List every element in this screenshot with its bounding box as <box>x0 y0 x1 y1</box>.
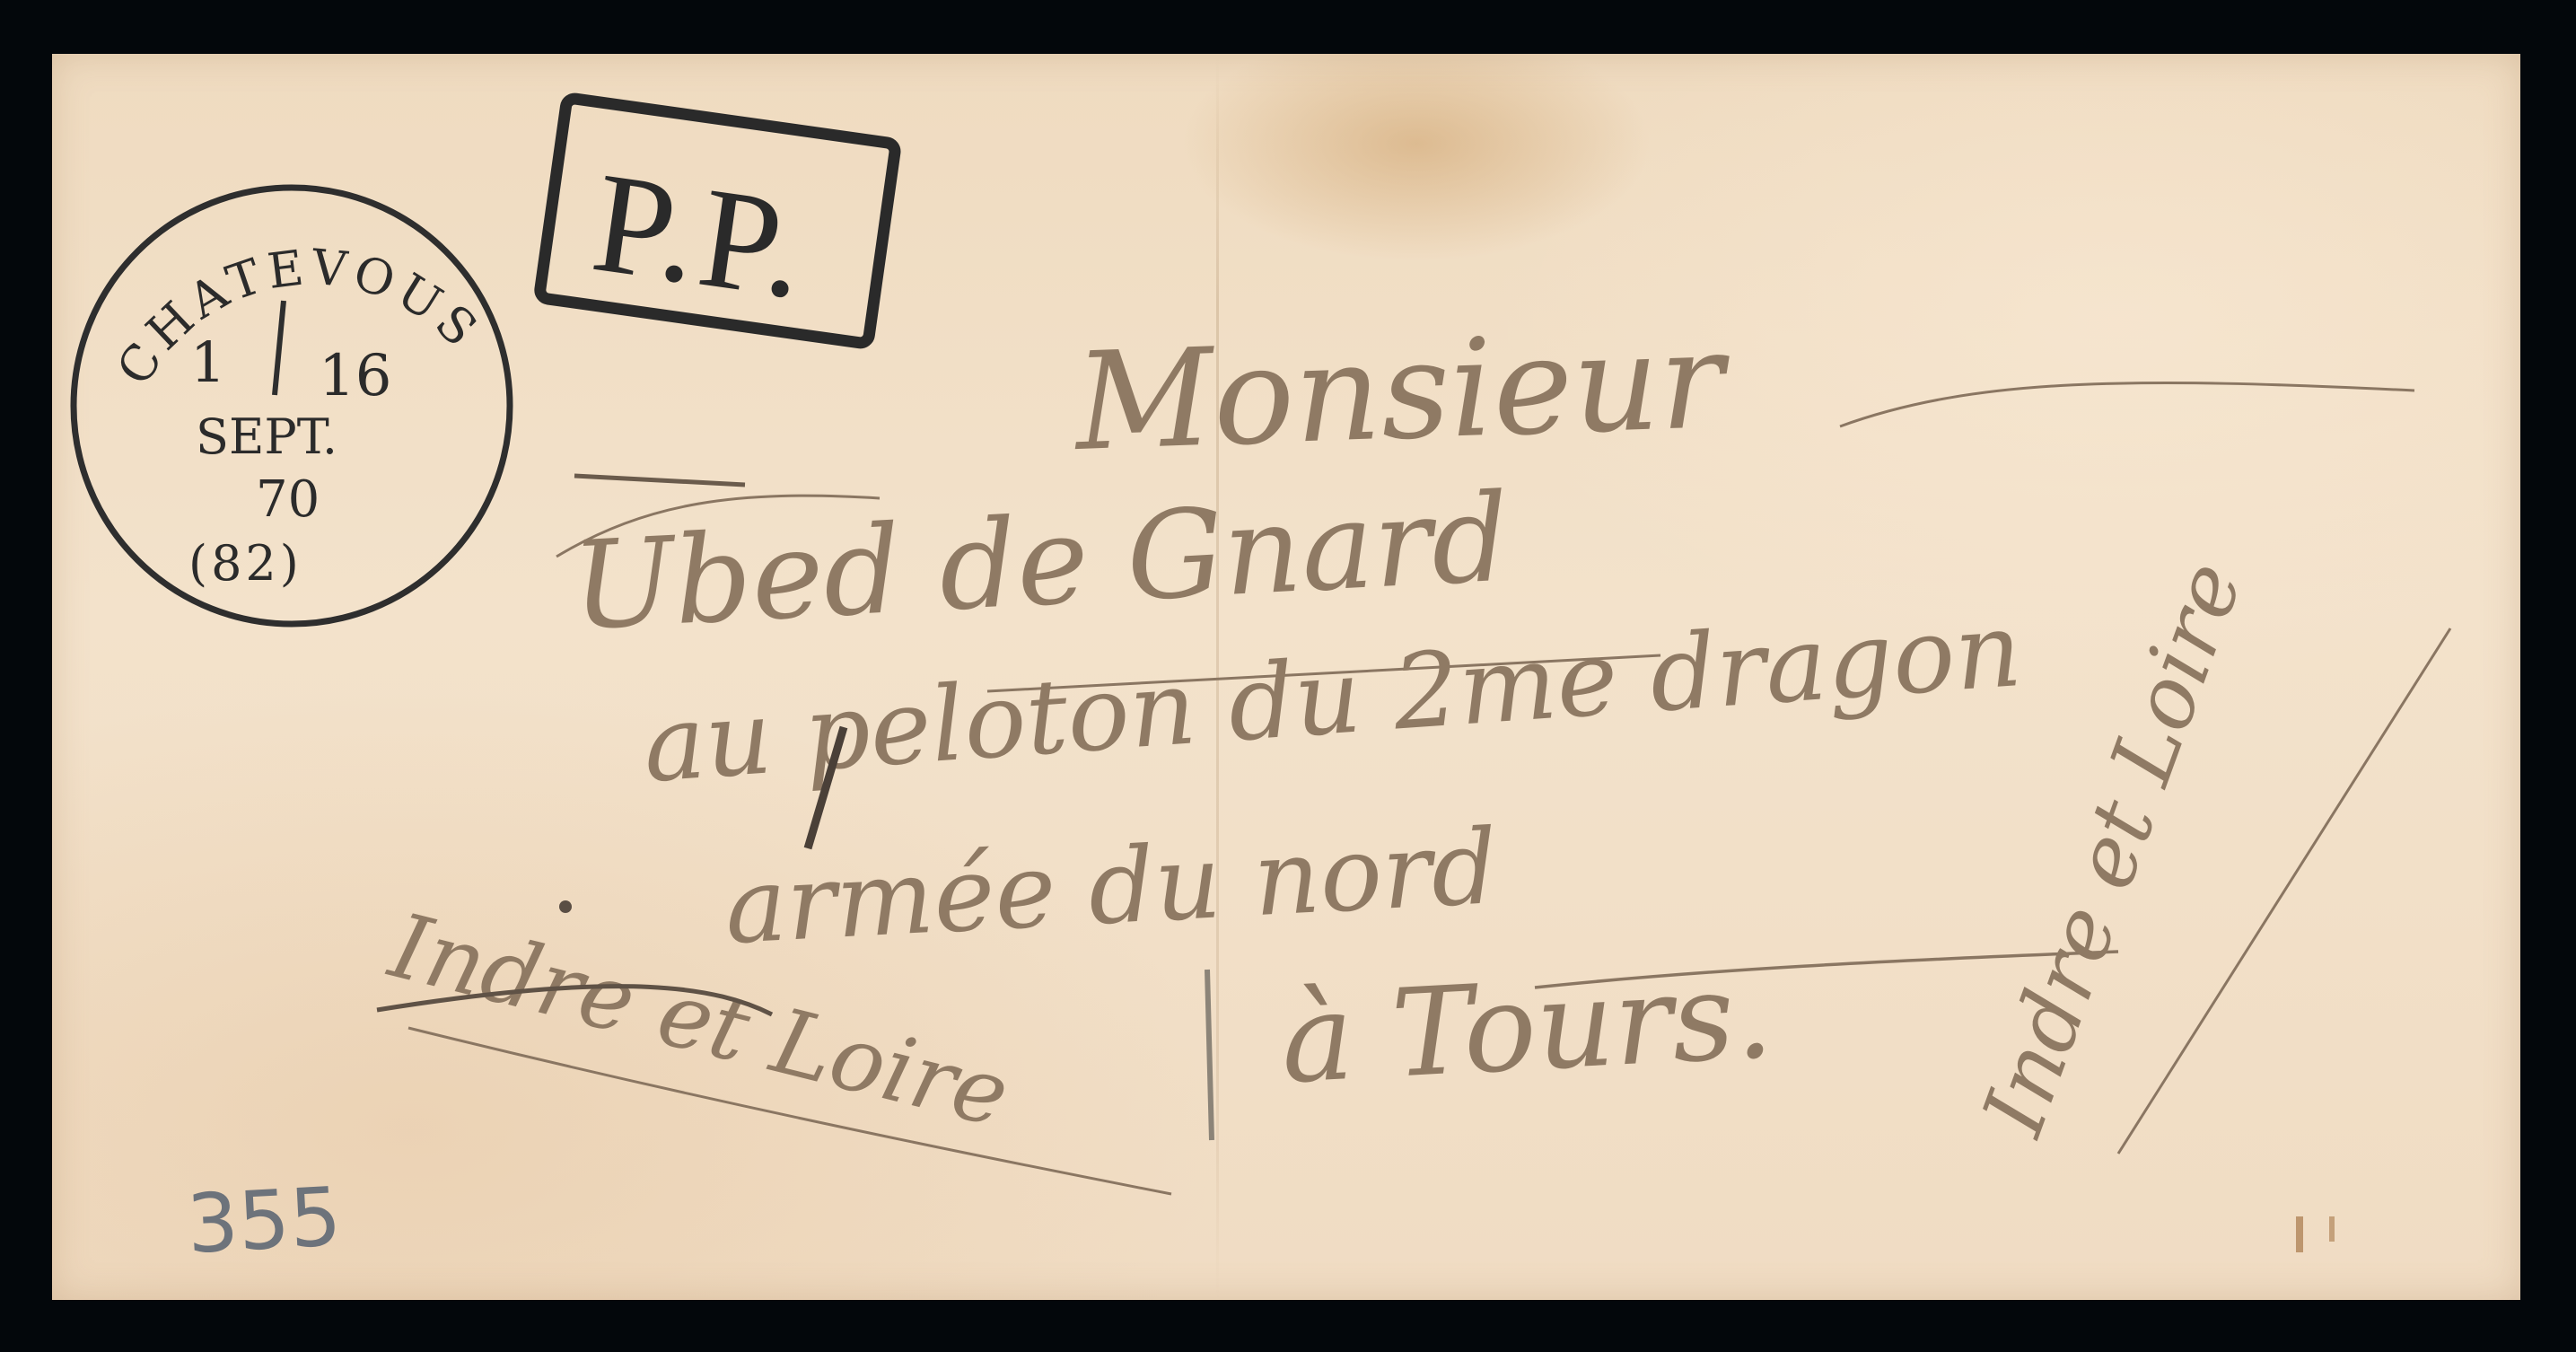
foxing-spots <box>2296 1216 2335 1252</box>
pp-handstamp: P.P. <box>539 98 897 344</box>
pp-text: P.P. <box>584 141 819 329</box>
right-annotation: Indre et Loire <box>1964 549 2450 1154</box>
datestamp-divider <box>275 301 284 395</box>
datestamp-day: 16 <box>319 343 391 409</box>
datestamp-month: SEPT. <box>196 408 337 465</box>
dash-mark <box>574 476 745 485</box>
datestamp-time: 1 <box>190 329 225 395</box>
address-line-2: Ubed de Gnard <box>568 467 1512 656</box>
pencil-number: 355 <box>185 1170 344 1272</box>
circular-datestamp: CHATEVOUS 1 16 SEPT. 70 (82) <box>74 188 510 624</box>
flourish-line-1 <box>1840 382 2414 426</box>
fold-ink-stroke <box>1207 970 1212 1140</box>
ink-dot <box>559 900 572 913</box>
datestamp-year: 70 <box>256 470 320 529</box>
datestamp-department: (82) <box>188 535 302 592</box>
datestamp-town: CHATEVOUS <box>106 239 492 395</box>
address-line-1: Monsieur <box>1070 303 1733 482</box>
address-line-5: à Tours. <box>1277 944 1775 1110</box>
cover-markings: CHATEVOUS 1 16 SEPT. 70 (82) P.P. Monsie… <box>0 0 2576 1352</box>
address-line-4: armée du nord <box>722 807 1500 968</box>
